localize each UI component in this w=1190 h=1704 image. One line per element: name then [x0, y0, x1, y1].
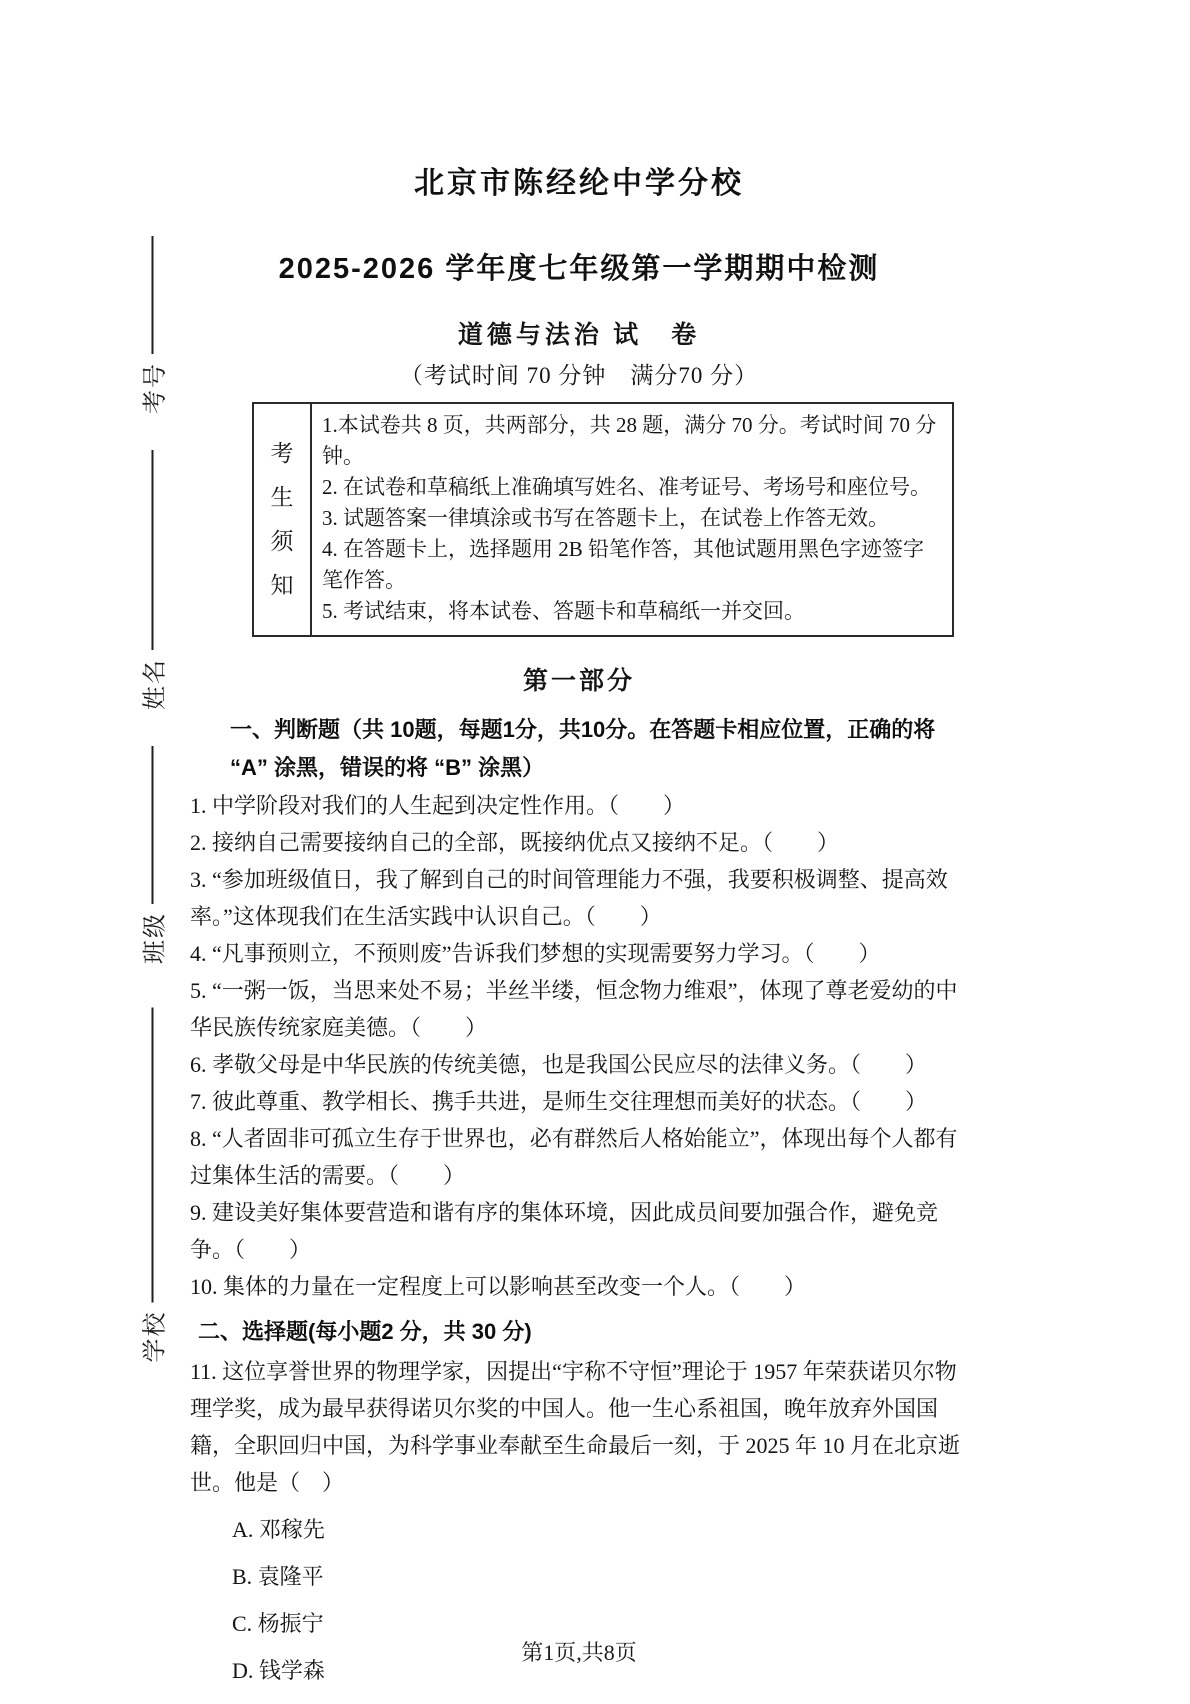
notice-items: 1.本试卷共 8 页，共两部分，共 28 题，满分 70 分。考试时间 70 分… [312, 404, 952, 635]
school-label: 学校 [135, 1311, 170, 1363]
section-two-heading: 二、选择题(每小题2 分，共 30 分) [190, 1313, 968, 1351]
choice-option-a: A. 邓稼先 [190, 1511, 968, 1548]
judgment-question-5: 5. “一粥一饭，当思来处不易；半丝半缕，恒念物力维艰”，体现了尊老爱幼的中华民… [190, 972, 968, 1046]
blank-exam-number: 考号 [135, 236, 170, 414]
blank-class: 班级 [135, 746, 170, 964]
judgment-question-2: 2. 接纳自己需要接纳自己的全部，既接纳优点又接纳不足。（ ） [190, 824, 968, 861]
fill-in-line [151, 236, 153, 354]
judgment-question-7: 7. 彼此尊重、教学相长、携手共进，是师生交往理想而美好的状态。（ ） [190, 1083, 968, 1120]
subject-title: 道德与法治 试 卷 [190, 315, 968, 351]
blank-student-name: 姓名 [135, 450, 170, 710]
page-number-footer: 第1页,共8页 [190, 1636, 968, 1667]
notice-header-cell: 考生须知 [254, 404, 312, 635]
blank-school: 学校 [135, 1008, 170, 1363]
part-one-title: 第一部分 [190, 661, 968, 697]
judgment-question-6: 6. 孝敬父母是中华民族的传统美德，也是我国公民应尽的法律义务。（ ） [190, 1046, 968, 1083]
fill-in-line [151, 746, 153, 904]
choice-option-b: B. 袁隆平 [190, 1558, 968, 1595]
judgment-question-1: 1. 中学阶段对我们的人生起到决定性作用。（ ） [190, 787, 968, 824]
fill-in-line [151, 450, 153, 650]
judgment-question-4: 4. “凡事预则立，不预则废”告诉我们梦想的实现需要努力学习。（ ） [190, 935, 968, 972]
fill-in-line [151, 1008, 153, 1303]
examinee-notice-box: 考生须知 1.本试卷共 8 页，共两部分，共 28 题，满分 70 分。考试时间… [252, 402, 954, 637]
notice-header-vertical: 考生须知 [269, 432, 295, 635]
judgment-question-3: 3. “参加班级值日，我了解到自己的时间管理能力不强，我要积极调整、提高效率。”… [190, 861, 968, 935]
exam-number-label: 考号 [135, 362, 170, 414]
exam-time-score-line: （考试时间 70 分钟 满分70 分） [190, 357, 968, 390]
exam-session-title: 2025-2026 学年度七年级第一学期期中检测 [190, 246, 968, 287]
judgment-question-10: 10. 集体的力量在一定程度上可以影响甚至改变一个人。（ ） [190, 1268, 968, 1305]
school-name-title: 北京市陈经纶中学分校 [190, 158, 968, 202]
judgment-question-8: 8. “人者固非可孤立生存于世界也，必有群然后人格始能立”，体现出每个人都有过集… [190, 1120, 968, 1194]
choice-question-11: 11. 这位享誉世界的物理学家，因提出“宇称不守恒”理论于 1957 年荣获诺贝… [190, 1353, 968, 1501]
notice-item-5: 5. 考试结束，将本试卷、答题卡和草稿纸一并交回。 [322, 596, 944, 627]
class-label: 班级 [135, 912, 170, 964]
judgment-question-9: 9. 建设美好集体要营造和谐有序的集体环境，因此成员间要加强合作，避免竞争。（ … [190, 1194, 968, 1268]
notice-item-3: 3. 试题答案一律填涂或书写在答题卡上，在试卷上作答无效。 [322, 503, 944, 534]
section-one-heading: 一、判断题（共 10题，每题1分，共10分。在答题卡相应位置，正确的将 “A” … [190, 711, 968, 787]
content-column: 北京市陈经纶中学分校 2025-2026 学年度七年级第一学期期中检测 道德与法… [190, 158, 968, 1689]
notice-item-4: 4. 在答题卡上，选择题用 2B 铅笔作答，其他试题用黑色字迹签字笔作答。 [322, 534, 944, 596]
notice-item-1: 1.本试卷共 8 页，共两部分，共 28 题，满分 70 分。考试时间 70 分… [322, 410, 944, 472]
notice-item-2: 2. 在试卷和草稿纸上准确填写姓名、准考证号、考场号和座位号。 [322, 472, 944, 503]
student-name-label: 姓名 [135, 658, 170, 710]
exam-paper-page: 考号 姓名 班级 学校 北京市陈经纶中学分校 2025-2026 学年度七年级第… [0, 0, 1190, 1704]
